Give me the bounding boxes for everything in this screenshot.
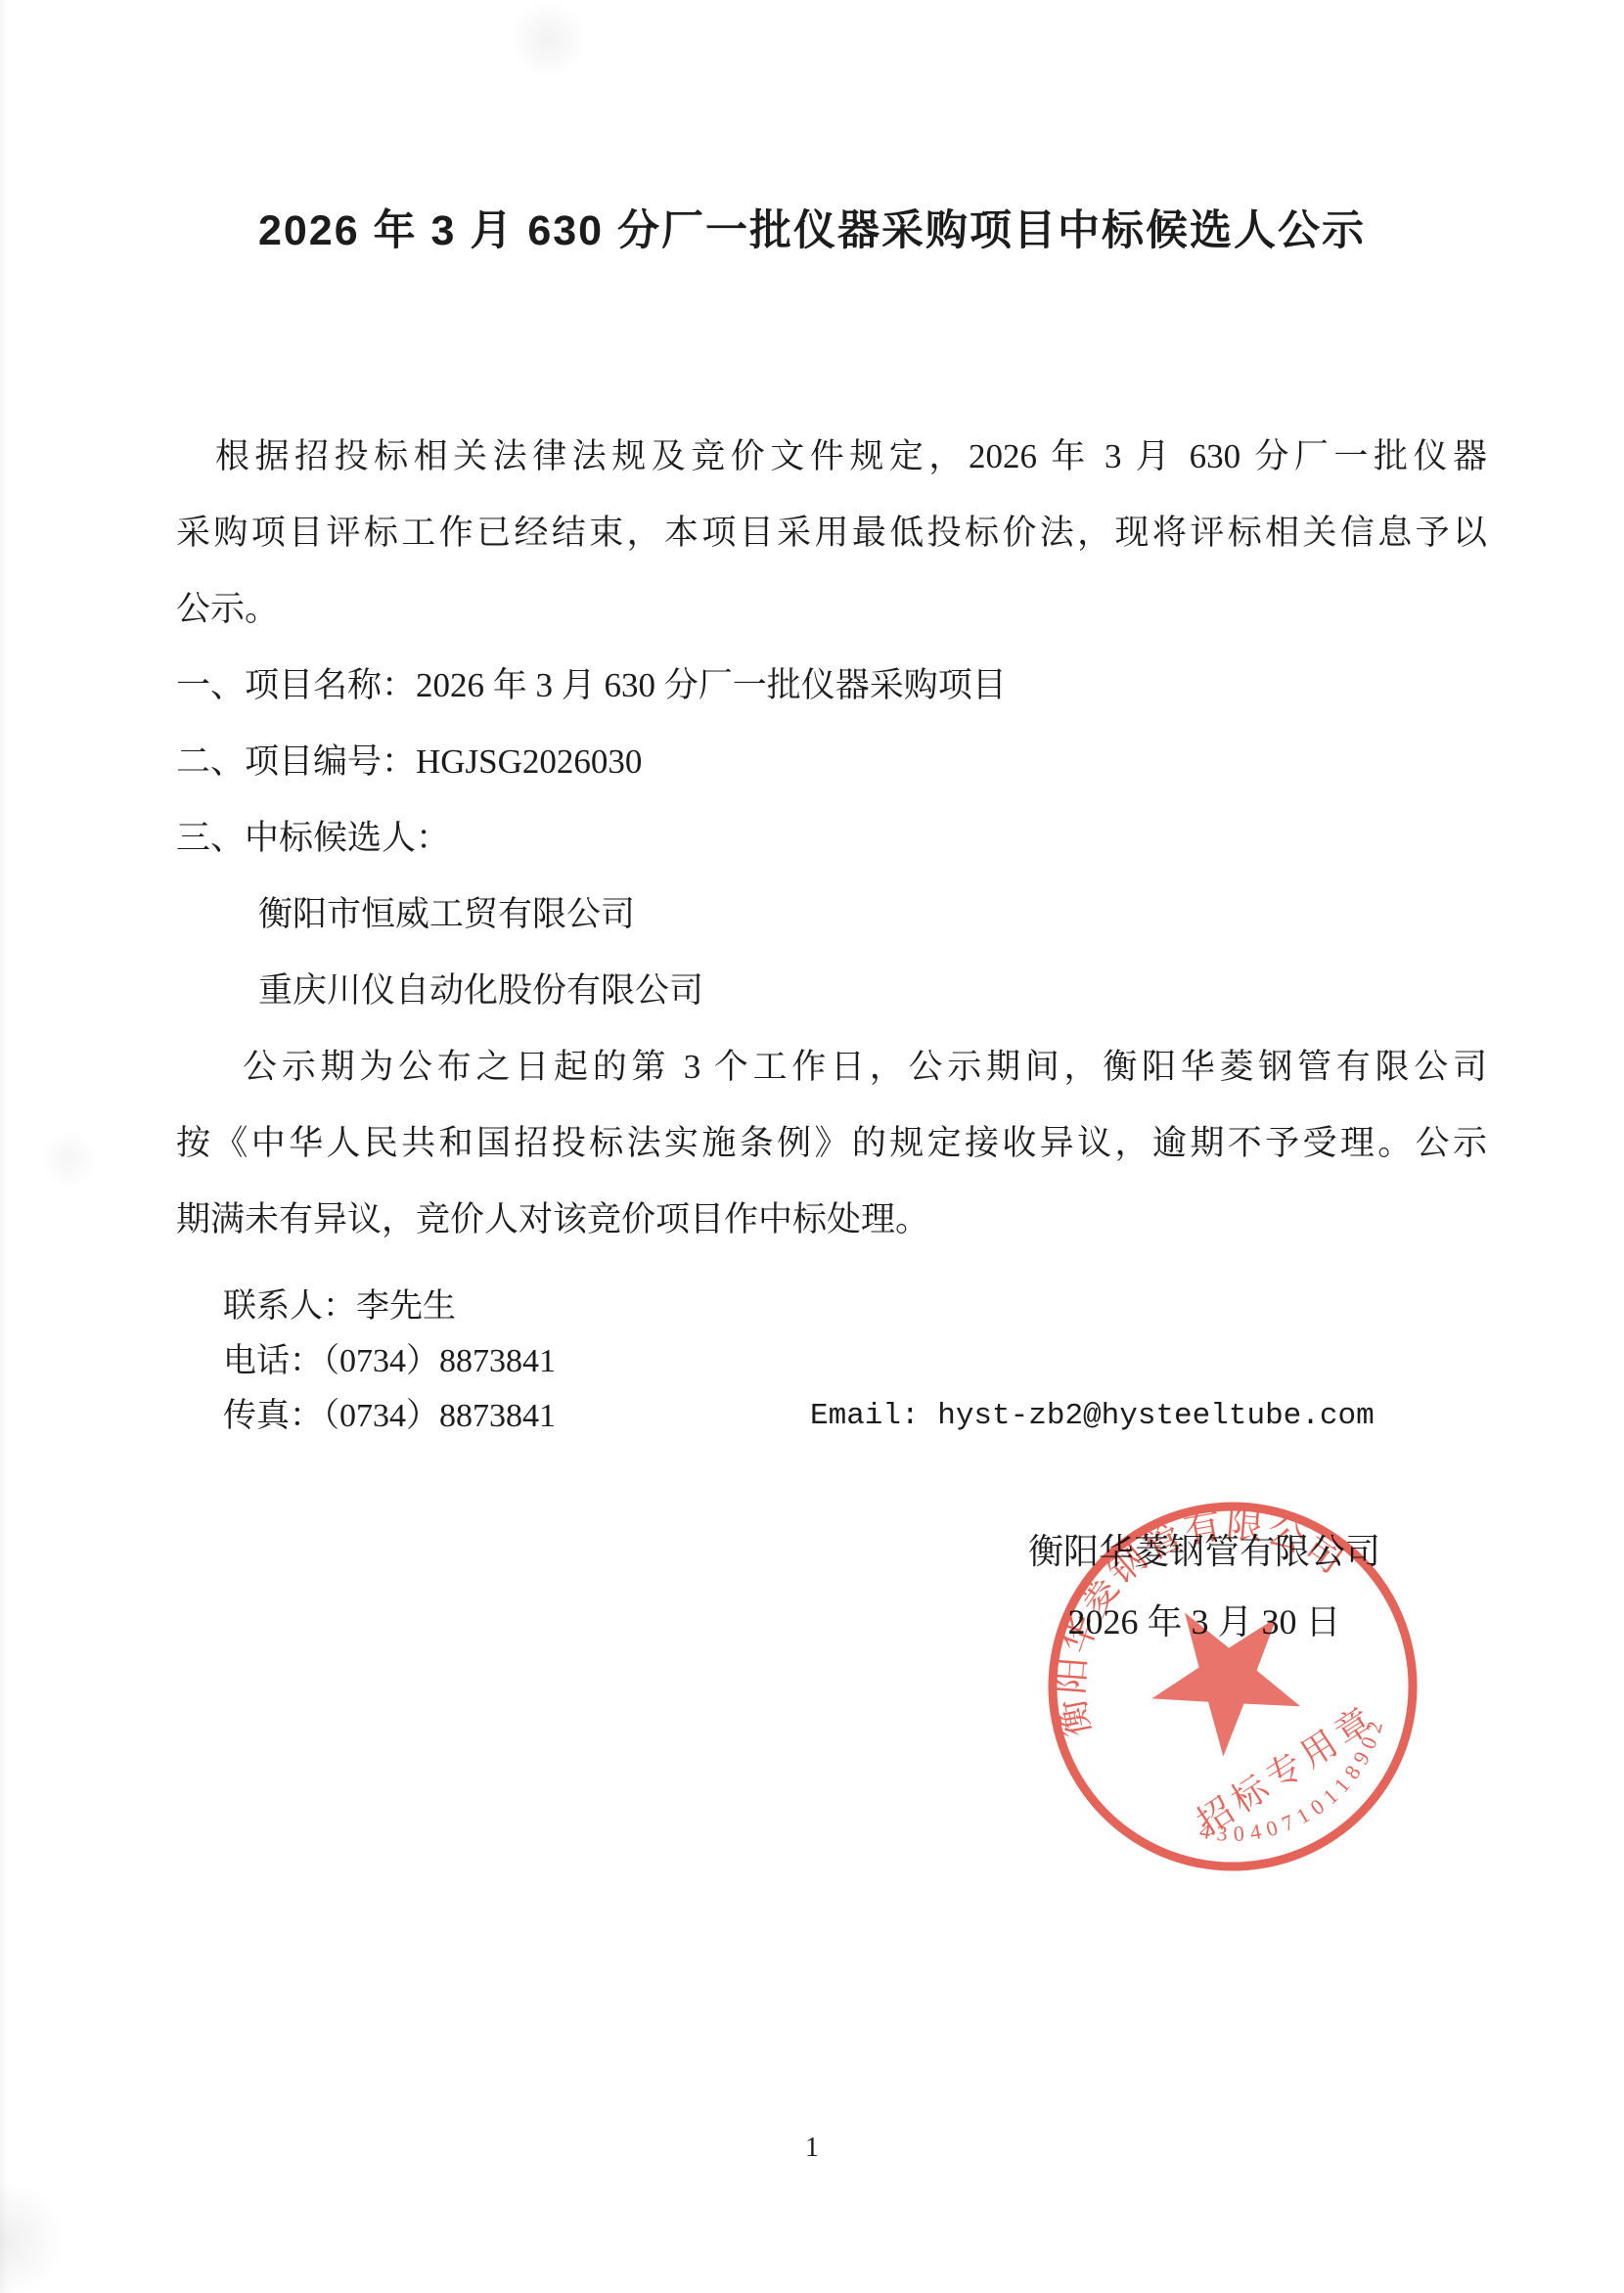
body-line-project-name: 一、项目名称：2026 年 3 月 630 分厂一批仪器采购项目 <box>176 648 1487 724</box>
document-body: 根据招投标相关法律法规及竞价文件规定，2026 年 3 月 630 分厂一批仪器… <box>176 419 1487 1258</box>
seal-svg: 衡阳华菱钢管有限公司 招标专用章 43040710118902 <box>962 1416 1503 1956</box>
page-number: 1 <box>0 2133 1624 2164</box>
contact-person: 联系人：李先生 <box>223 1280 1495 1334</box>
body-line-project-number: 二、项目编号：HGJSG2026030 <box>176 724 1487 800</box>
company-seal-stamp: 衡阳华菱钢管有限公司 招标专用章 43040710118902 <box>962 1416 1503 1956</box>
seal-arc-company-text: 衡阳华菱钢管有限公司 <box>986 1438 1360 1753</box>
body-line-candidates-heading: 三、中标候选人： <box>176 800 1487 877</box>
body-line: 采购项目评标工作已经结束，本项目采用最低投标价法，现将评标相关信息予以 <box>176 495 1487 571</box>
body-line: 公示期为公布之日起的第 3 个工作日，公示期间，衡阳华菱钢管有限公司 <box>176 1029 1487 1105</box>
document-title: 2026 年 3 月 630 分厂一批仪器采购项目中标候选人公示 <box>0 198 1624 257</box>
contact-fax: 传真：（0734）8873841 <box>223 1398 556 1434</box>
contact-phone: 电话：（0734）8873841 <box>223 1334 1495 1389</box>
body-line: 期满未有异议，竞价人对该竞价项目作中标处理。 <box>176 1182 1487 1258</box>
body-line: 公示。 <box>176 571 1487 648</box>
candidate-item: 衡阳市恒威工贸有限公司 <box>176 877 1487 953</box>
contact-fax-row: 传真：（0734）8873841 Email: hyst-zb2@hysteel… <box>223 1389 1495 1444</box>
body-line: 根据招投标相关法律法规及竞价文件规定，2026 年 3 月 630 分厂一批仪器 <box>176 419 1487 495</box>
candidate-item: 重庆川仪自动化股份有限公司 <box>176 953 1487 1029</box>
document-page: 2026 年 3 月 630 分厂一批仪器采购项目中标候选人公示 根据招投标相关… <box>0 0 1624 2293</box>
body-line: 按《中华人民共和国招投标法实施条例》的规定接收异议，逾期不予受理。公示 <box>176 1105 1487 1182</box>
contact-block: 联系人：李先生 电话：（0734）8873841 传真：（0734）887384… <box>223 1280 1495 1444</box>
